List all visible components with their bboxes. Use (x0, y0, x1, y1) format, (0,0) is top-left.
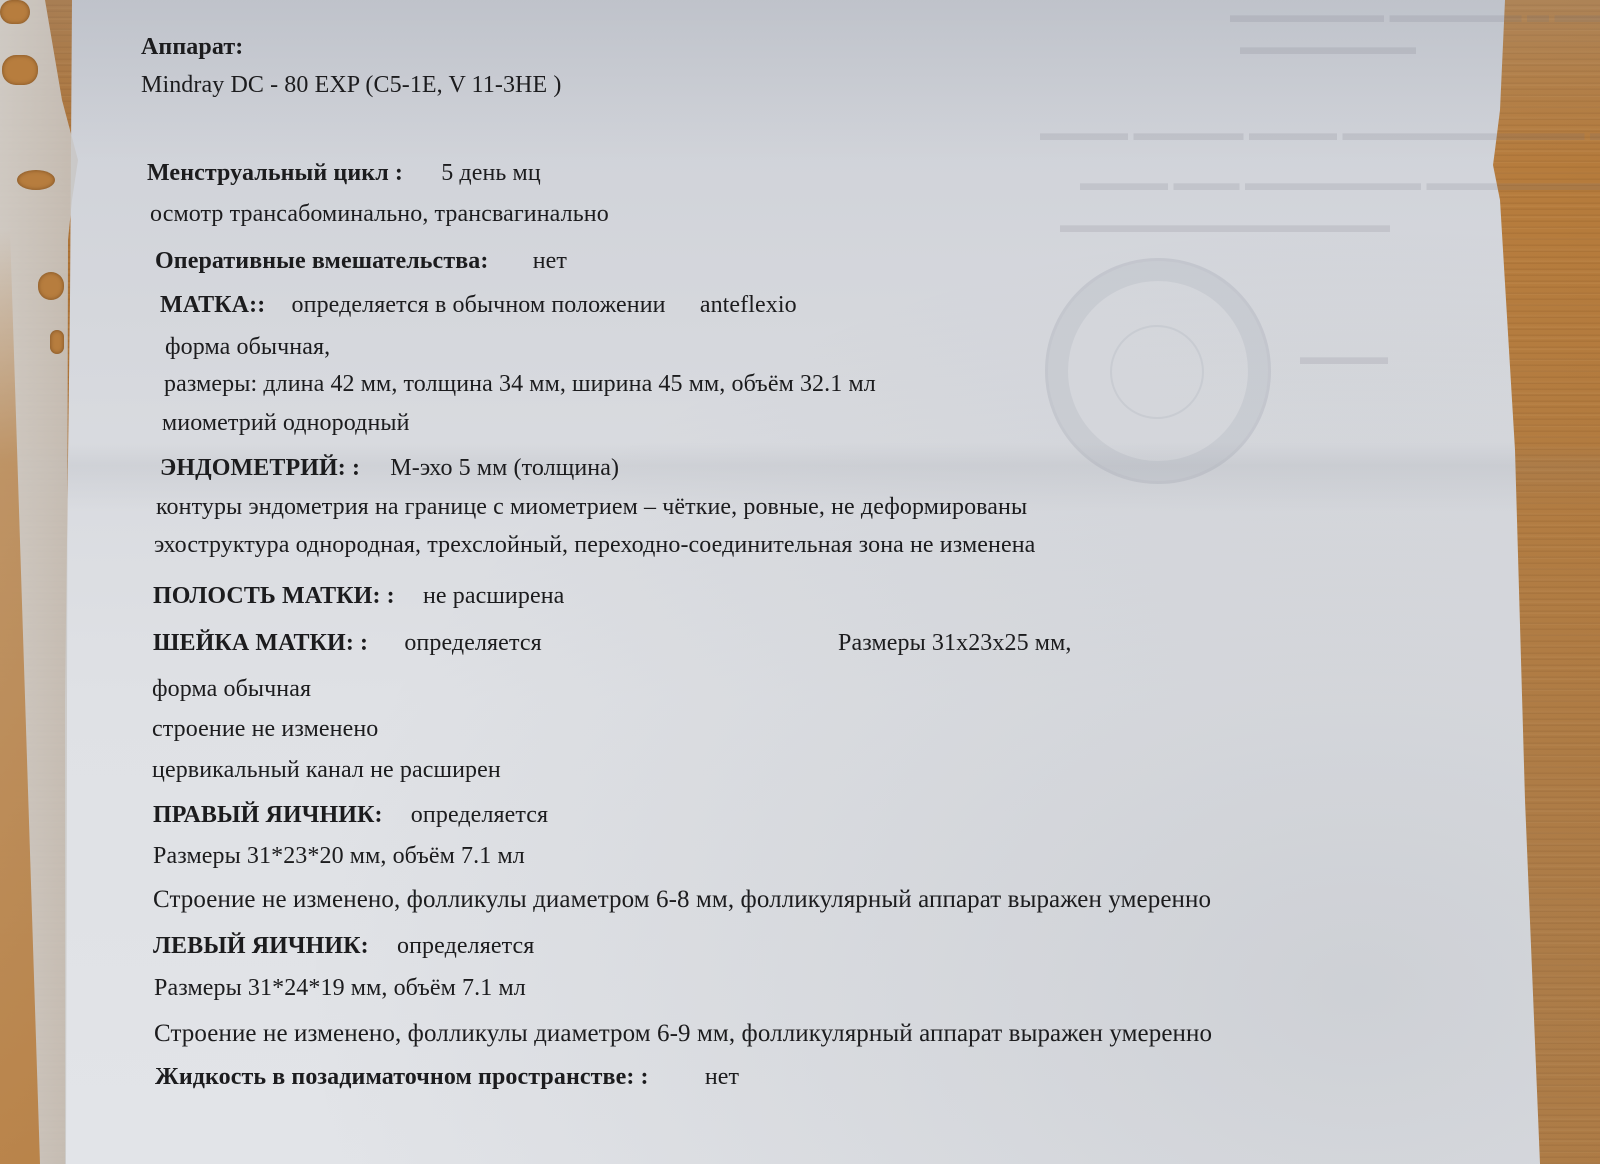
endometrium-contours: контуры эндометрия на границе с миометри… (156, 494, 1027, 521)
cycle-value: 5 день мц (441, 160, 541, 186)
uterus-position: определяется в обычном положении (292, 292, 666, 318)
left-ovary-sizes: Размеры 31*24*19 мм, объём 7.1 мл (154, 975, 526, 1002)
fluid-row: Жидкость в позадиматочном пространстве: … (155, 1064, 739, 1091)
cavity-row: ПОЛОСТЬ МАТКИ: : не расширена (153, 583, 564, 610)
endometrium-label: ЭНДОМЕТРИЙ: : (160, 455, 360, 481)
right-ovary-sizes: Размеры 31*23*20 мм, объём 7.1 мл (153, 843, 525, 870)
cavity-value: не расширена (423, 583, 564, 609)
fluid-label: Жидкость в позадиматочном пространстве: … (155, 1064, 649, 1090)
uterus-sizes: размеры: длина 42 мм, толщина 34 мм, шир… (164, 371, 876, 398)
cervix-shape: форма обычная (152, 676, 311, 703)
cavity-label: ПОЛОСТЬ МАТКИ: : (153, 583, 395, 609)
uterus-flexion: anteflexio (700, 292, 797, 318)
surgery-row: Оперативные вмешательства: нет (155, 248, 567, 275)
cervix-structure: строение не изменено (152, 716, 378, 743)
ultrasound-report: Аппарат: Mindray DC - 80 EXP (C5-1E, V 1… (0, 0, 1600, 1164)
device-label: Аппарат: (141, 34, 243, 61)
cycle-row: Менструальный цикл : 5 день мц (147, 160, 541, 187)
uterus-label: МАТКА:: (160, 292, 265, 318)
left-ovary-structure: Строение не изменено, фолликулы диаметро… (154, 1020, 1212, 1048)
uterus-shape: форма обычная, (165, 334, 330, 361)
fluid-value: нет (705, 1064, 739, 1090)
right-ovary-label: ПРАВЫЙ ЯИЧНИК: (153, 802, 383, 828)
cervix-row: ШЕЙКА МАТКИ: : определяется (153, 630, 542, 657)
uterus-row: МАТКА:: определяется в обычном положении… (160, 292, 797, 319)
endometrium-value: М-эхо 5 мм (толщина) (390, 455, 619, 481)
endometrium-echostructure: эхоструктура однородная, трехслойный, пе… (154, 532, 1035, 559)
right-ovary-row: ПРАВЫЙ ЯИЧНИК: определяется (153, 802, 548, 829)
uterus-myometrium: миометрий однородный (162, 410, 410, 437)
cycle-label: Менструальный цикл : (147, 160, 403, 186)
cervix-canal: цервикальный канал не расширен (152, 757, 501, 784)
left-ovary-value: определяется (397, 933, 534, 959)
left-ovary-label: ЛЕВЫЙ ЯИЧНИК: (153, 933, 369, 959)
cervix-label: ШЕЙКА МАТКИ: : (153, 630, 368, 656)
surgery-label: Оперативные вмешательства: (155, 248, 488, 274)
left-ovary-row: ЛЕВЫЙ ЯИЧНИК: определяется (153, 933, 534, 960)
endometrium-row: ЭНДОМЕТРИЙ: : М-эхо 5 мм (толщина) (160, 455, 619, 482)
surgery-value: нет (533, 248, 567, 274)
exam-method: осмотр трансабоминально, трансвагинально (150, 201, 609, 228)
cervix-sizes: Размеры 31x23x25 мм, (838, 630, 1071, 657)
cervix-value: определяется (404, 630, 541, 656)
right-ovary-value: определяется (411, 802, 548, 828)
right-ovary-structure: Строение не изменено, фолликулы диаметро… (153, 886, 1211, 914)
device-value: Mindray DC - 80 EXP (C5-1E, V 11-3HE ) (141, 72, 561, 99)
